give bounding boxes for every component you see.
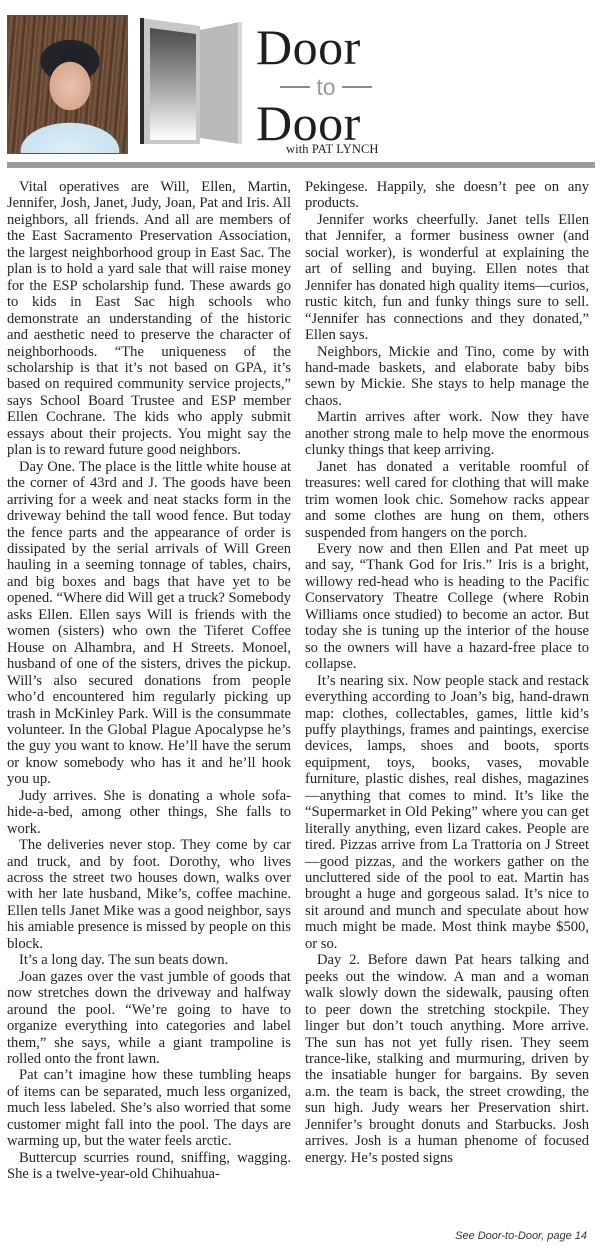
article-column-left: Vital operatives are Will, Ellen, Martin… [7,179,291,1183]
paragraph: Judy arrives. She is donating a whole so… [7,788,291,837]
header-rule [7,162,595,168]
paragraph: Jennifer works cheerfully. Janet tells E… [305,212,589,344]
title-door-top: Door [256,22,396,72]
author-photo [7,15,128,154]
paragraph: Day One. The place is the little white h… [7,459,291,788]
dash-right [342,86,372,88]
paragraph: Day 2. Before dawn Pat hears talking and… [305,952,589,1166]
paragraph: Pat can’t imagine how these tumbling hea… [7,1067,291,1149]
paragraph: Martin arrives after work. Now they have… [305,409,589,458]
column-title: Door to Door [256,22,396,162]
paragraph: Pekingese. Happily, she doesn’t pee on a… [305,179,589,212]
paragraph: It’s nearing six. Now people stack and r… [305,673,589,953]
continuation-note: See Door-to-Door, page 14 [455,1230,587,1242]
paragraph: It’s a long day. The sun beats down. [7,952,291,968]
paragraph: The deliveries never stop. They come by … [7,837,291,952]
paragraph: Neighbors, Mickie and Tino, come by with… [305,344,589,410]
title-door-bottom: Door [256,98,396,148]
article-column-right: Pekingese. Happily, she doesn’t pee on a… [305,179,589,1166]
paragraph: Joan gazes over the vast jumble of goods… [7,969,291,1068]
byline: with PAT LYNCH [286,142,379,157]
paragraph: Janet has donated a veritable roomful of… [305,459,589,541]
paragraph: Buttercup scurries round, sniffing, wag­… [7,1150,291,1183]
dash-left [280,86,310,88]
open-door-icon [138,16,248,148]
paragraph: Every now and then Ellen and Pat meet up… [305,541,589,673]
paragraph: Vital operatives are Will, Ellen, Martin… [7,179,291,459]
